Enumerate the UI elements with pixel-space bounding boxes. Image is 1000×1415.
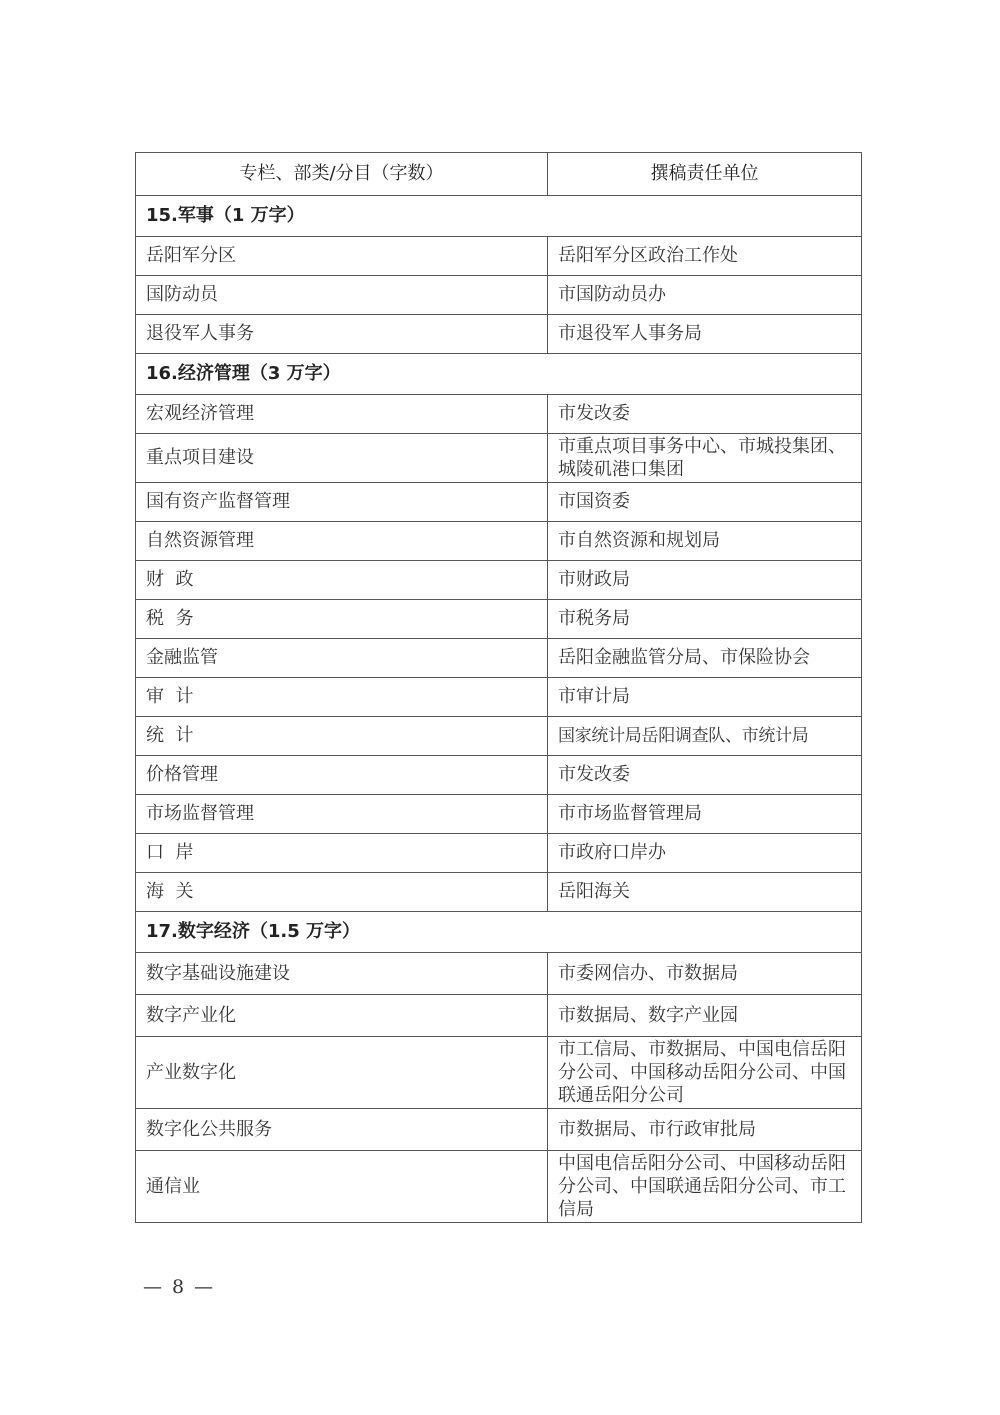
unit-cell: 市审计局 [548,678,862,717]
unit-cell: 市委网信办、市数据局 [548,953,862,995]
table-row: 价格管理 市发改委 [136,756,862,795]
unit-cell: 市重点项目事务中心、市城投集团、城陵矶港口集团 [548,434,862,483]
item-cell: 税 务 [136,600,548,639]
item-cell: 国有资产监督管理 [136,483,548,522]
item-cell: 国防动员 [136,276,548,315]
unit-cell: 市国防动员办 [548,276,862,315]
table-row: 口 岸 市政府口岸办 [136,834,862,873]
unit-cell: 岳阳海关 [548,873,862,912]
table-row: 国有资产监督管理 市国资委 [136,483,862,522]
table-row: 数字基础设施建设 市委网信办、市数据局 [136,953,862,995]
unit-cell: 市退役军人事务局 [548,315,862,354]
table-header-row: 专栏、部类/分目（字数） 撰稿责任单位 [136,153,862,196]
table-row: 海 关 岳阳海关 [136,873,862,912]
unit-cell: 市工信局、市数据局、中国电信岳阳分公司、中国移动岳阳分公司、中国联通岳阳分公司 [548,1037,862,1109]
table-row: 退役军人事务 市退役军人事务局 [136,315,862,354]
section-row-economic-management: 16.经济管理（3 万字） [136,354,862,395]
item-cell: 金融监管 [136,639,548,678]
item-cell: 财 政 [136,561,548,600]
unit-cell: 中国电信岳阳分公司、中国移动岳阳分公司、中国联通岳阳分公司、市工信局 [548,1151,862,1223]
table-row: 财 政 市财政局 [136,561,862,600]
unit-cell: 市数据局、市行政审批局 [548,1109,862,1151]
table-row: 税 务 市税务局 [136,600,862,639]
table-row: 市场监督管理 市市场监督管理局 [136,795,862,834]
item-cell: 宏观经济管理 [136,395,548,434]
unit-cell: 市市场监督管理局 [548,795,862,834]
section-title: 15.军事（1 万字） [136,196,862,237]
item-cell: 市场监督管理 [136,795,548,834]
column-header-unit: 撰稿责任单位 [548,153,862,196]
table-row: 重点项目建设 市重点项目事务中心、市城投集团、城陵矶港口集团 [136,434,862,483]
table-row: 国防动员 市国防动员办 [136,276,862,315]
item-cell: 数字产业化 [136,995,548,1037]
unit-cell: 市自然资源和规划局 [548,522,862,561]
unit-cell: 市数据局、数字产业园 [548,995,862,1037]
item-cell: 重点项目建设 [136,434,548,483]
item-cell: 口 岸 [136,834,548,873]
unit-cell: 市政府口岸办 [548,834,862,873]
section-title: 17.数字经济（1.5 万字） [136,912,862,953]
unit-cell: 市财政局 [548,561,862,600]
page-number: — 8 — [143,1276,215,1298]
table-row: 宏观经济管理 市发改委 [136,395,862,434]
table-row: 统 计 国家统计局岳阳调查队、市统计局 [136,717,862,756]
item-cell: 统 计 [136,717,548,756]
item-cell: 产业数字化 [136,1037,548,1109]
unit-cell: 国家统计局岳阳调查队、市统计局 [548,717,862,756]
unit-cell: 市发改委 [548,395,862,434]
item-cell: 审 计 [136,678,548,717]
responsibility-table: 专栏、部类/分目（字数） 撰稿责任单位 15.军事（1 万字） 岳阳军分区 岳阳… [135,152,862,1223]
item-cell: 自然资源管理 [136,522,548,561]
section-row-digital-economy: 17.数字经济（1.5 万字） [136,912,862,953]
table-row: 产业数字化 市工信局、市数据局、中国电信岳阳分公司、中国移动岳阳分公司、中国联通… [136,1037,862,1109]
unit-cell: 岳阳金融监管分局、市保险协会 [548,639,862,678]
table-row: 通信业 中国电信岳阳分公司、中国移动岳阳分公司、中国联通岳阳分公司、市工信局 [136,1151,862,1223]
item-cell: 价格管理 [136,756,548,795]
item-cell: 海 关 [136,873,548,912]
table-row: 岳阳军分区 岳阳军分区政治工作处 [136,237,862,276]
item-cell: 数字基础设施建设 [136,953,548,995]
table-row: 数字产业化 市数据局、数字产业园 [136,995,862,1037]
table-row: 自然资源管理 市自然资源和规划局 [136,522,862,561]
unit-cell: 市发改委 [548,756,862,795]
section-row-military: 15.军事（1 万字） [136,196,862,237]
unit-cell: 岳阳军分区政治工作处 [548,237,862,276]
section-title: 16.经济管理（3 万字） [136,354,862,395]
item-cell: 数字化公共服务 [136,1109,548,1151]
unit-cell: 市国资委 [548,483,862,522]
table-row: 审 计 市审计局 [136,678,862,717]
item-cell: 岳阳军分区 [136,237,548,276]
table-row: 数字化公共服务 市数据局、市行政审批局 [136,1109,862,1151]
item-cell: 通信业 [136,1151,548,1223]
item-cell: 退役军人事务 [136,315,548,354]
table-row: 金融监管 岳阳金融监管分局、市保险协会 [136,639,862,678]
column-header-item: 专栏、部类/分目（字数） [136,153,548,196]
unit-cell: 市税务局 [548,600,862,639]
